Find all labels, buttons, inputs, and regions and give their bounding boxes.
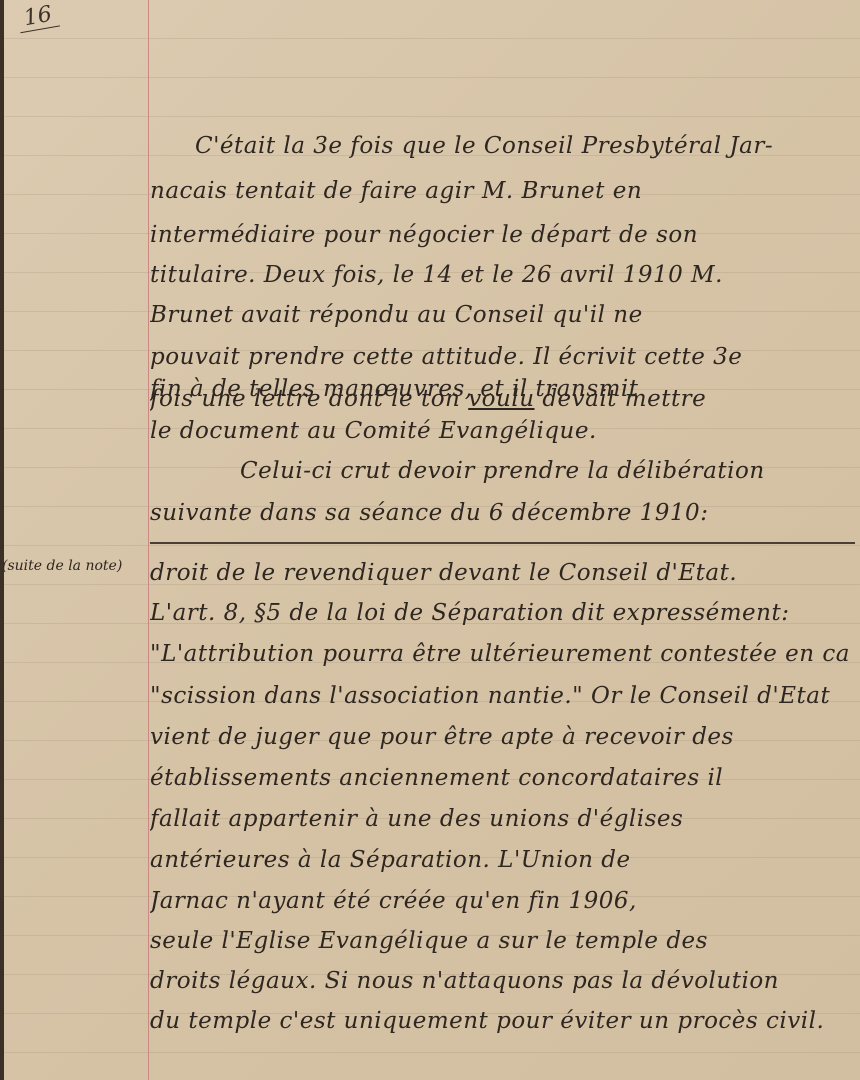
text-line: C'était la 3e fois que le Conseil Presby… xyxy=(150,133,860,159)
text-line: vient de juger que pour être apte à rece… xyxy=(150,724,850,750)
page-number: 16 xyxy=(16,1,60,34)
text-line: seule l'Eglise Evangélique a sur le temp… xyxy=(150,928,850,954)
text-line: Jarnac n'ayant été créée qu'en fin 1906, xyxy=(150,888,850,914)
margin-line xyxy=(148,0,149,1080)
text-line: nacais tentait de faire agir M. Brunet e… xyxy=(150,178,850,204)
page-edge xyxy=(0,0,4,1080)
text-line: antérieures à la Séparation. L'Union de xyxy=(150,847,850,873)
text-line: établissements anciennement concordatair… xyxy=(150,765,850,791)
text-line: Celui-ci crut devoir prendre la délibéra… xyxy=(150,458,860,484)
text-line: suivante dans sa séance du 6 décembre 19… xyxy=(150,500,850,526)
text-line: L'art. 8, §5 de la loi de Séparation dit… xyxy=(150,600,850,626)
text-line: droit de le revendiquer devant le Consei… xyxy=(150,560,850,586)
text-line: intermédiaire pour négocier le départ de… xyxy=(150,222,850,248)
text-line: droits légaux. Si nous n'attaquons pas l… xyxy=(150,968,850,994)
text-line: fin à de telles manœuvres, et il transmi… xyxy=(150,376,850,402)
manuscript-page: 16 C'était la 3e fois que le Conseil Pre… xyxy=(0,0,860,1080)
section-divider xyxy=(150,542,855,544)
text-line: pouvait prendre cette attitude. Il écriv… xyxy=(150,344,850,370)
margin-note: (suite de la note) xyxy=(2,558,122,574)
text-line: "L'attribution pourra être ultérieuremen… xyxy=(150,641,850,667)
text-line: fallait appartenir à une des unions d'ég… xyxy=(150,806,850,832)
text-line: Brunet avait répondu au Conseil qu'il ne xyxy=(150,302,850,328)
text-line: titulaire. Deux fois, le 14 et le 26 avr… xyxy=(150,262,850,288)
text-line: le document au Comité Evangélique. xyxy=(150,418,850,444)
text-line: "scission dans l'association nantie." Or… xyxy=(150,683,850,709)
text-line: du temple c'est uniquement pour éviter u… xyxy=(150,1008,850,1034)
